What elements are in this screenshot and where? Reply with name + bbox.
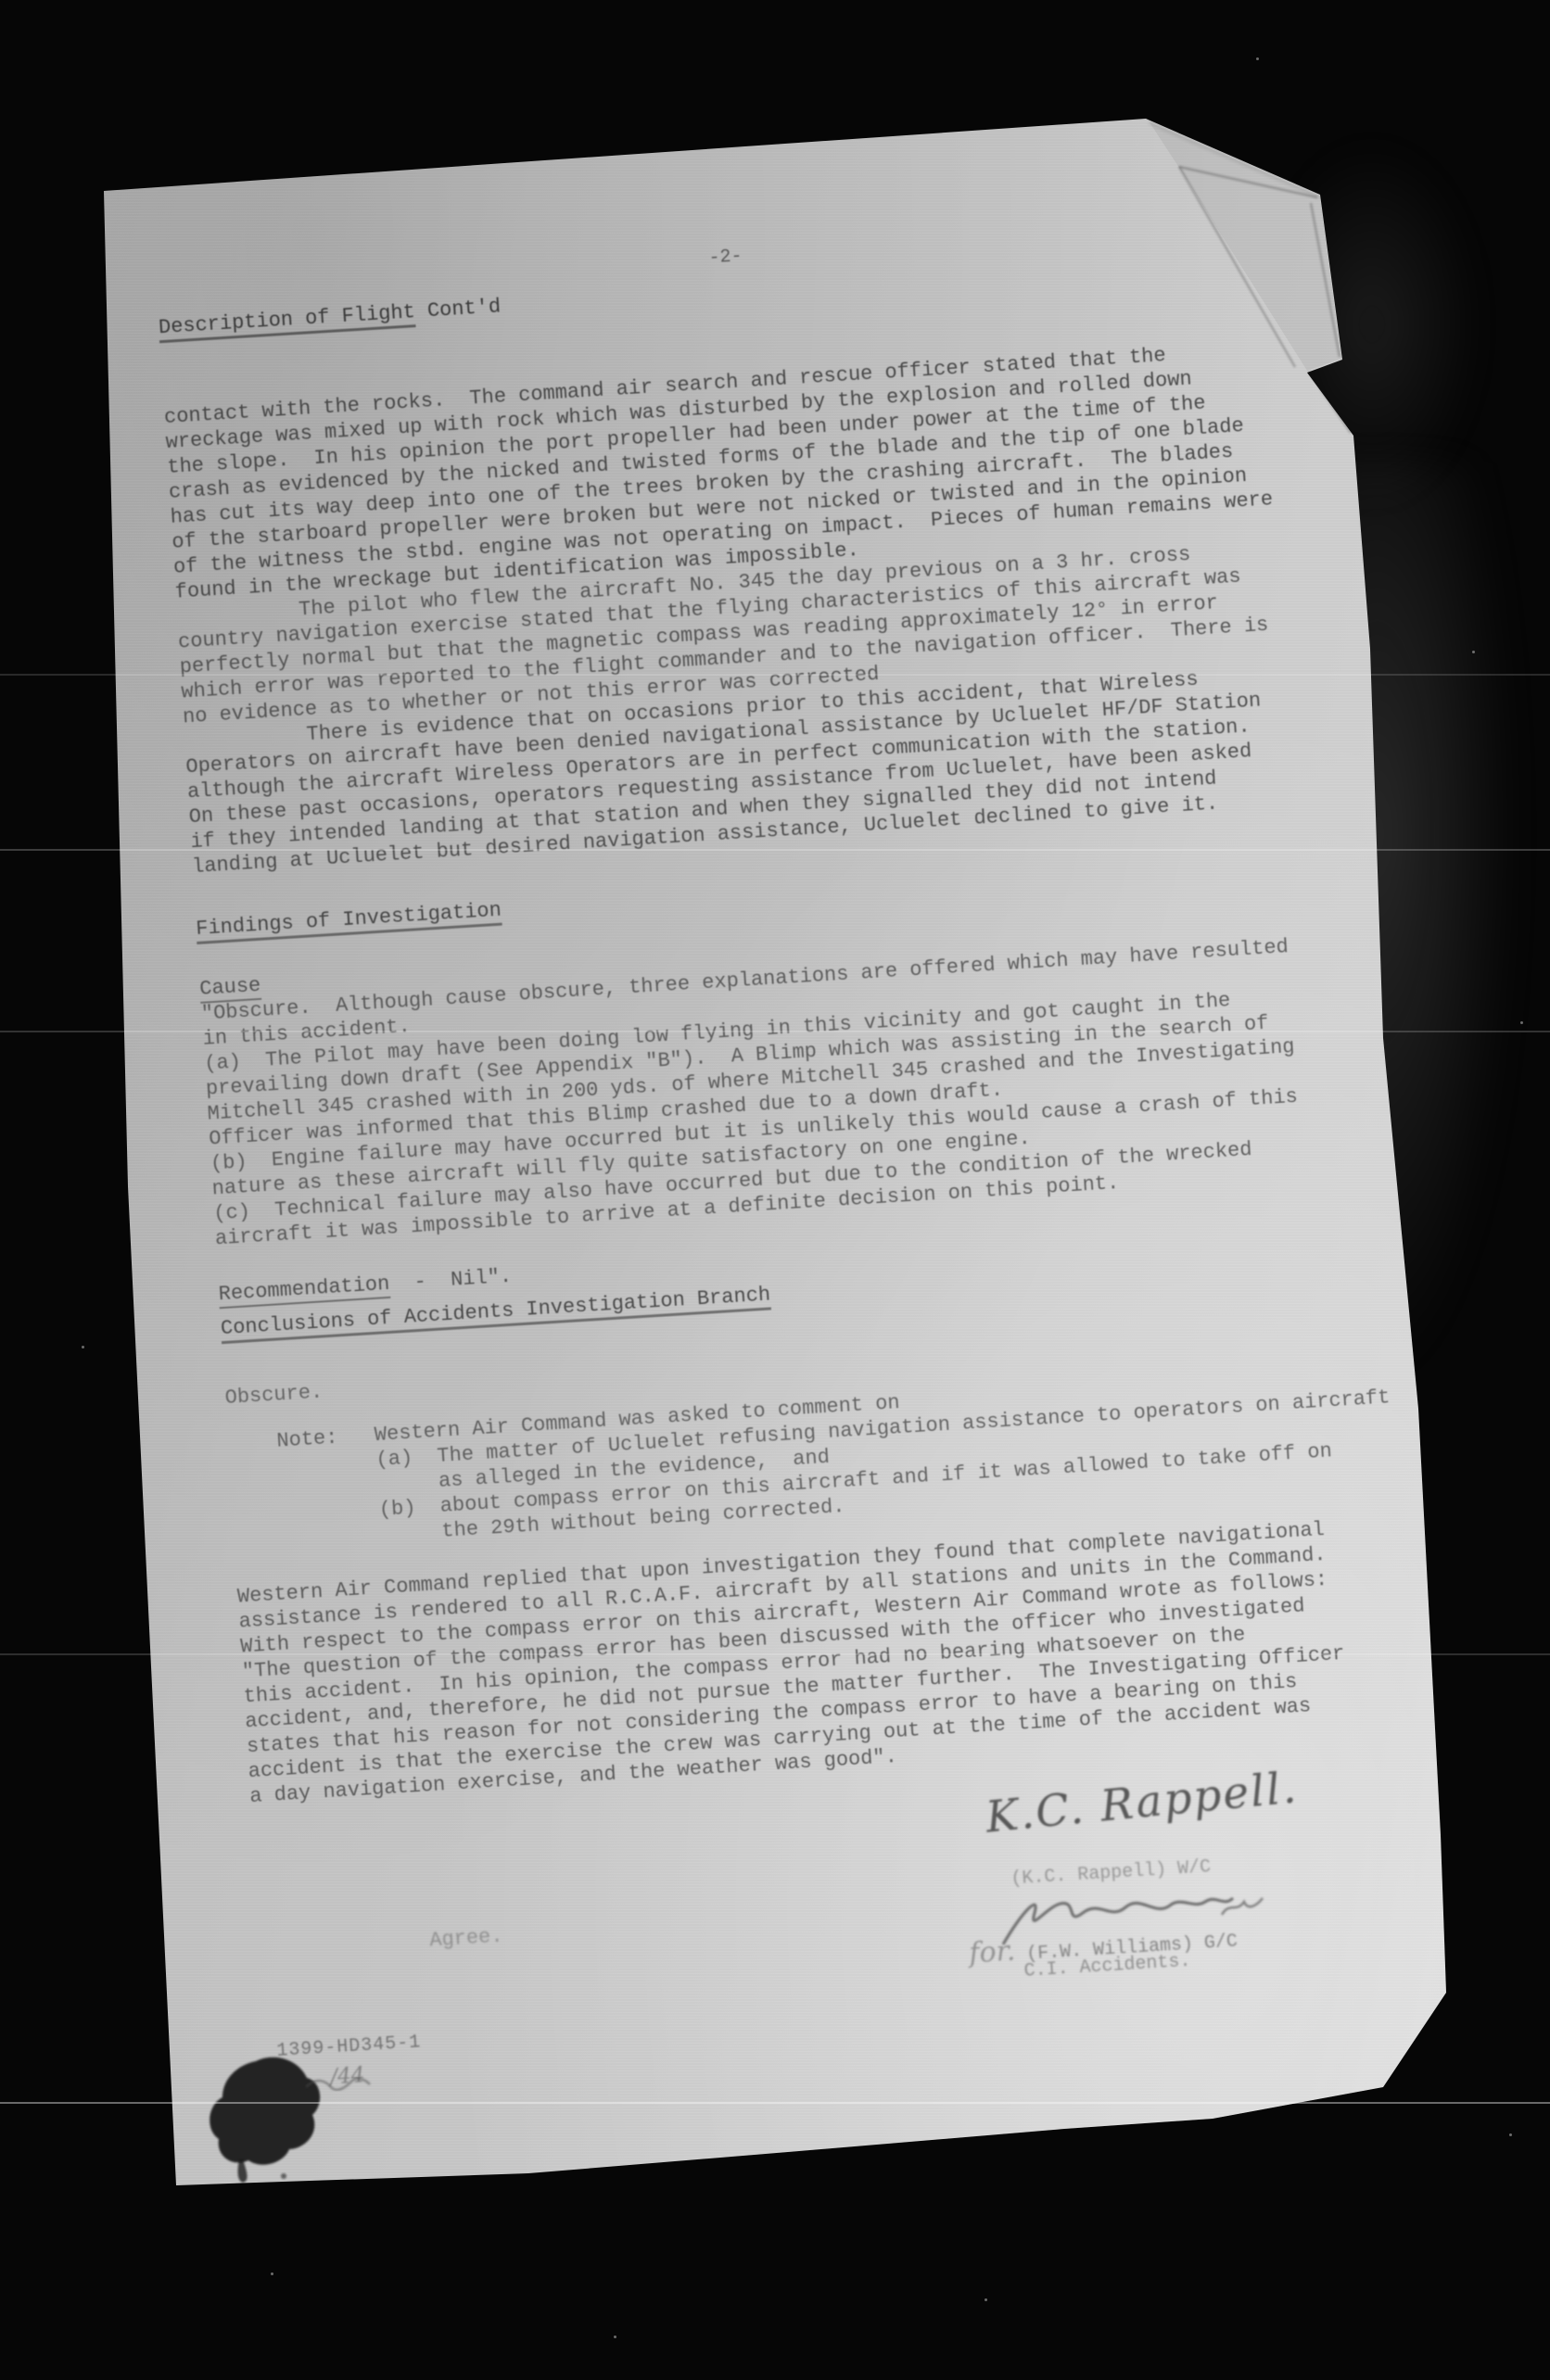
dust-speck [1472, 651, 1475, 653]
dust-speck [82, 1346, 84, 1348]
scanned-document-photo: -2- Description of Flight Cont'd contact… [0, 0, 1550, 2380]
scan-artifact-line [0, 674, 1550, 676]
dust-speck [1520, 1021, 1523, 1024]
agree-annotation: Agree. [429, 1925, 504, 1953]
document-content: -2- Description of Flight Cont'd contact… [130, 139, 1550, 2369]
recommendation-value: - Nil". [389, 1265, 513, 1296]
dust-speck [614, 2336, 616, 2338]
scan-artifact-line [0, 1031, 1550, 1032]
dust-speck [1509, 2133, 1512, 2136]
scan-artifact-line [0, 1653, 1550, 1655]
handwritten-date-fragment: /44 [330, 2063, 366, 2089]
scan-artifact-line [0, 2102, 1550, 2104]
dust-speck [271, 2272, 273, 2275]
recommendation-label: Recommendation [218, 1272, 390, 1309]
scan-artifact-line [0, 849, 1550, 851]
typed-name-rappell: (K.C. Rappell) W/C [1010, 1856, 1212, 1890]
file-reference-stamp: 1399-HD345-1 [276, 2032, 422, 2062]
typed-text-column: Description of Flight Cont'd contact wit… [152, 145, 1481, 1809]
heading-underlined-part: Description of Flight [158, 300, 416, 343]
dust-speck [985, 2298, 987, 2301]
heading-suffix: Cont'd [426, 295, 502, 323]
findings-heading-text: Findings of Investigation [196, 899, 502, 944]
handwritten-for: for. [968, 1934, 1016, 1969]
document-page: -2- Description of Flight Cont'd contact… [0, 0, 1550, 2380]
dust-speck [1256, 57, 1259, 60]
section-heading-description-of-flight: Description of Flight Cont'd [158, 239, 1390, 340]
